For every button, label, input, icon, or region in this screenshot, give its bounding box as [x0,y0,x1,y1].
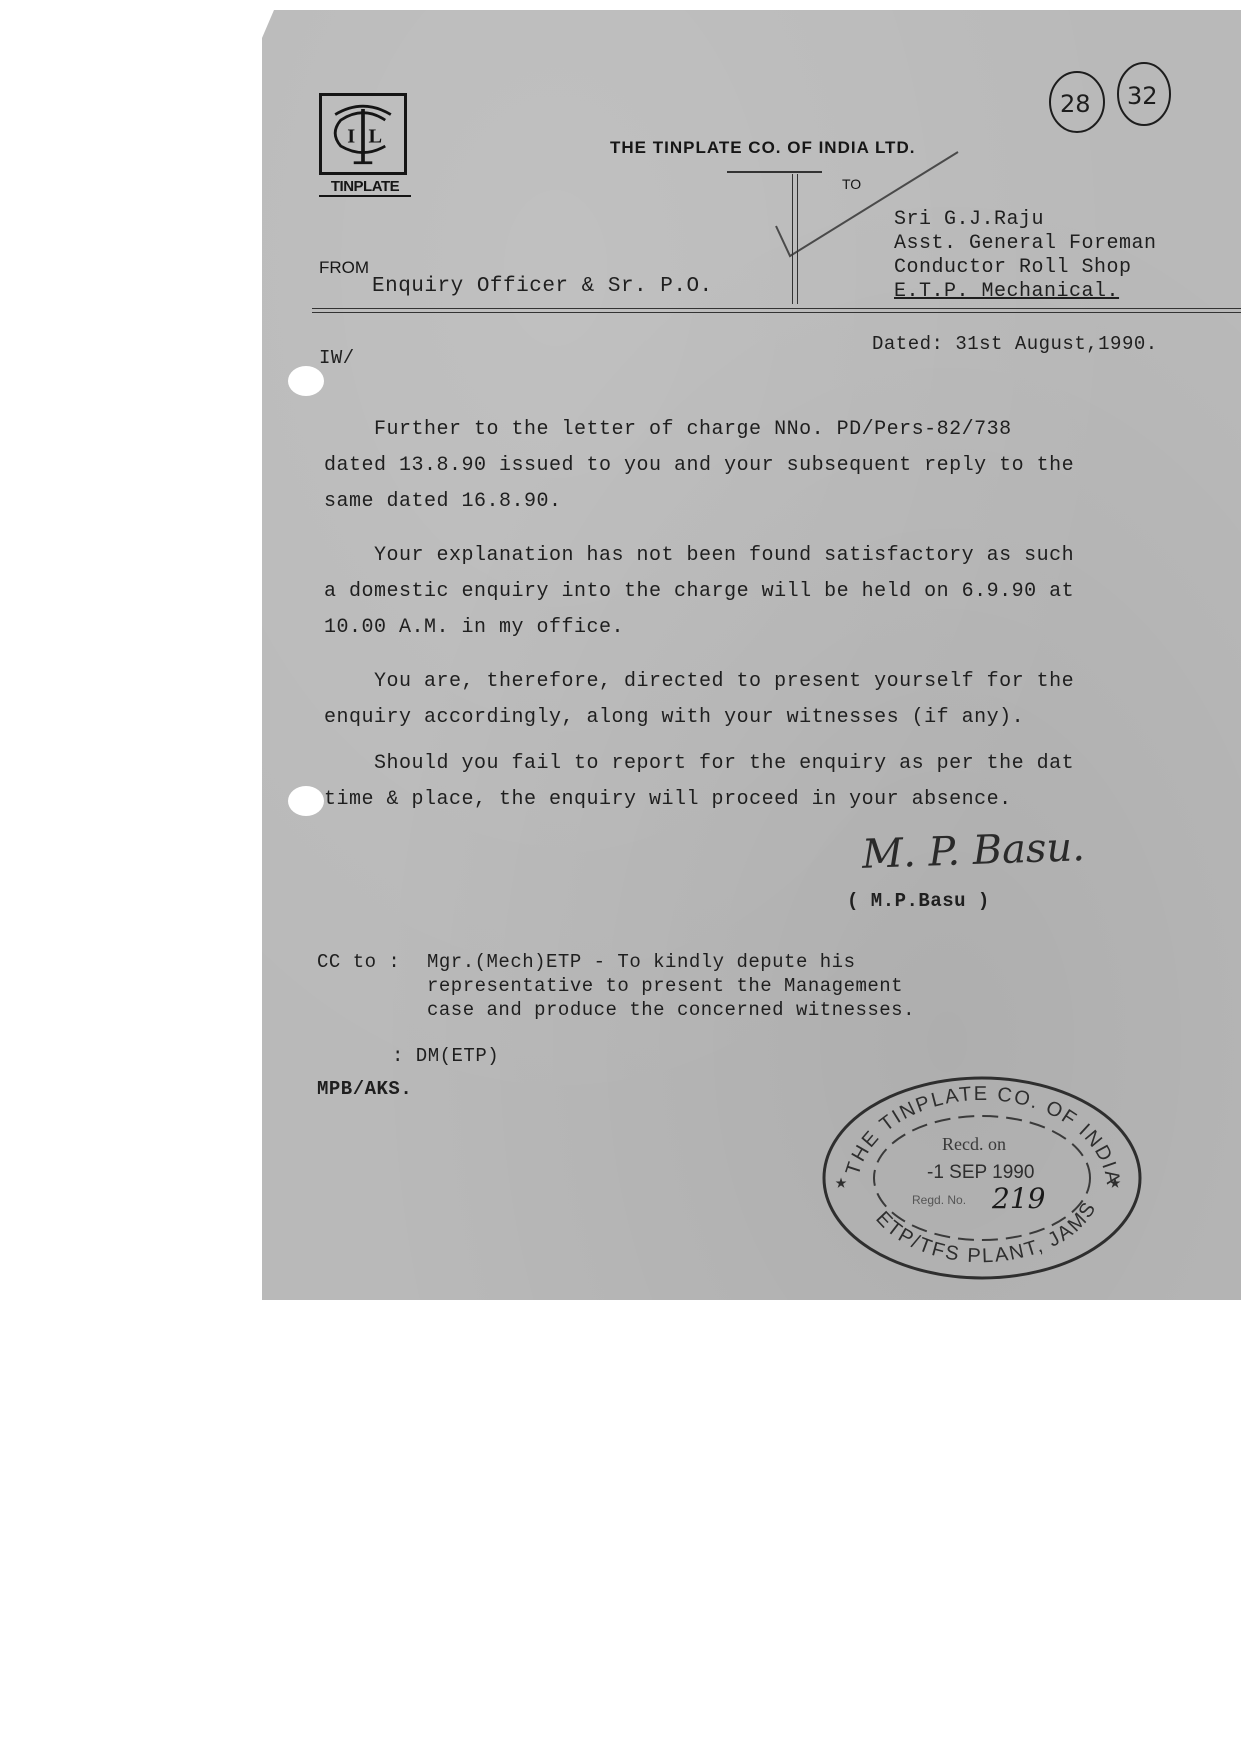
punch-hole [288,366,324,396]
paragraph-line: Further to the letter of charge NNo. PD/… [324,412,1241,448]
tcil-monogram-logo-icon: I L [319,93,407,175]
address-line: Sri G.J.Raju [894,208,1157,232]
stamp-regd-number: 219 [991,1182,1045,1215]
body-paragraph: Your explanation has not been found sati… [324,538,1241,646]
typist-initials: MPB/AKS. [317,1078,412,1100]
header-rule [312,308,1241,309]
svg-text:28: 28 [1060,90,1091,118]
paragraph-line: enquiry accordingly, along with your wit… [324,700,1241,736]
address-line: Asst. General Foreman [894,232,1157,256]
from-label: FROM [319,258,369,278]
paragraph-line: time & place, the enquiry will proceed i… [324,782,1241,818]
cc-block: CC to : Mgr.(Mech)ETP - To kindly depute… [317,950,915,1022]
received-stamp-icon: THE TINPLATE CO. OF INDIA LTD ETP/TFS PL… [817,1070,1147,1285]
paragraph-line: a domestic enquiry into the charge will … [324,574,1241,610]
cc-label: CC to : [317,950,427,974]
sender: Enquiry Officer & Sr. P.O. [372,275,713,298]
from-to-divider [792,174,798,304]
address-line: Conductor Roll Shop [894,256,1157,280]
letter-date: Dated: 31st August,1990. [872,333,1158,355]
header-divider [727,171,822,173]
paragraph-line: Your explanation has not been found sati… [324,538,1241,574]
address-line: E.T.P. Mechanical. [894,280,1157,304]
handwritten-signature: M. P. Basu. [861,824,1085,878]
svg-text:★: ★ [1109,1172,1121,1195]
body-paragraph: Further to the letter of charge NNo. PD/… [324,412,1241,520]
paragraph-line: You are, therefore, directed to present … [324,664,1241,700]
paragraph-line: 10.00 A.M. in my office. [324,610,1241,646]
stamp-received-label: Recd. on [942,1134,1006,1154]
cc-line: Mgr.(Mech)ETP - To kindly depute his [427,950,855,974]
cc-line: case and produce the concerned witnesses… [317,998,915,1022]
circled-page-numbers-icon: 28 32 [1032,58,1192,138]
svg-text:I: I [347,125,355,147]
recipient-address: Sri G.J.Raju Asst. General Foreman Condu… [894,208,1157,304]
paragraph-line: dated 13.8.90 issued to you and your sub… [324,448,1241,484]
scanned-letter-page: I L TINPLATE THE TINPLATE CO. OF INDIA L… [262,10,1241,1300]
svg-text:L: L [369,125,383,147]
paragraph-line: Should you fail to report for the enquir… [324,746,1241,782]
punch-hole [288,786,324,816]
body-paragraph: Should you fail to report for the enquir… [324,746,1241,818]
body-paragraph: You are, therefore, directed to present … [324,664,1241,736]
svg-text:32: 32 [1127,82,1158,110]
cc-line: representative to present the Management [317,974,915,998]
paragraph-line: same dated 16.8.90. [324,484,1241,520]
cc-line: : DM(ETP) [392,1045,499,1067]
typed-signatory-name: ( M.P.Basu ) [847,890,990,912]
stamp-date: -1 SEP 1990 [927,1162,1034,1183]
logo-wordmark: TINPLATE [319,178,411,197]
to-label: TO [842,176,861,192]
svg-text:★: ★ [835,1172,847,1195]
stamp-regd-label: Regd. No. [912,1193,966,1207]
reference-number: IW/ [319,347,355,369]
header-rule [312,312,1241,313]
